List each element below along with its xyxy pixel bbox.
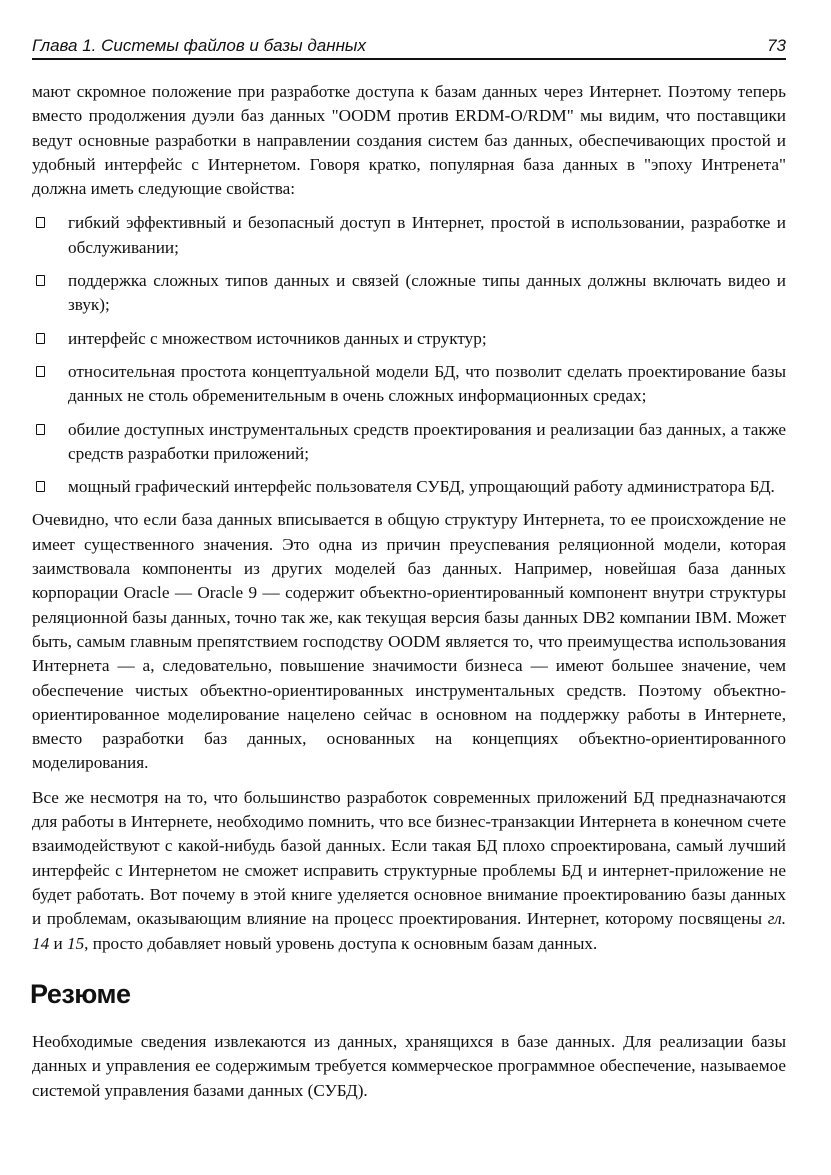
properties-list: гибкий эффективный и безопасный доступ в… xyxy=(32,211,786,499)
intro-paragraph: мают скромное положение при разработке д… xyxy=(32,80,786,201)
square-bullet-icon xyxy=(36,481,45,492)
square-bullet-icon xyxy=(36,424,45,435)
square-bullet-icon xyxy=(36,333,45,344)
running-header: Глава 1. Системы файлов и базы данных 73 xyxy=(32,36,786,60)
book-page: Глава 1. Системы файлов и базы данных 73… xyxy=(32,36,786,1113)
chapter-title: Глава 1. Системы файлов и базы данных xyxy=(32,36,366,56)
square-bullet-icon xyxy=(36,366,45,377)
list-item: гибкий эффективный и безопасный доступ в… xyxy=(32,211,786,260)
list-item: относительная простота концептуальной мо… xyxy=(32,360,786,409)
list-item: мощный графический интерфейс пользовател… xyxy=(32,475,786,499)
list-item: интерфейс с множеством источников данных… xyxy=(32,327,786,351)
section-heading: Резюме xyxy=(30,982,786,1006)
body-text: мают скромное положение при разработке д… xyxy=(32,80,786,1103)
square-bullet-icon xyxy=(36,275,45,286)
chapter-reference: 15 xyxy=(67,934,84,953)
paragraph-oracle: Очевидно, что если база данных вписывает… xyxy=(32,508,786,775)
page-number: 73 xyxy=(767,36,786,56)
list-item: обилие доступных инструментальных средст… xyxy=(32,418,786,467)
paragraph-internet-design: Все же несмотря на то, что большинство р… xyxy=(32,786,786,956)
list-item: поддержка сложных типов данных и связей … xyxy=(32,269,786,318)
square-bullet-icon xyxy=(36,217,45,228)
summary-paragraph: Необходимые сведения извлекаются из данн… xyxy=(32,1030,786,1103)
